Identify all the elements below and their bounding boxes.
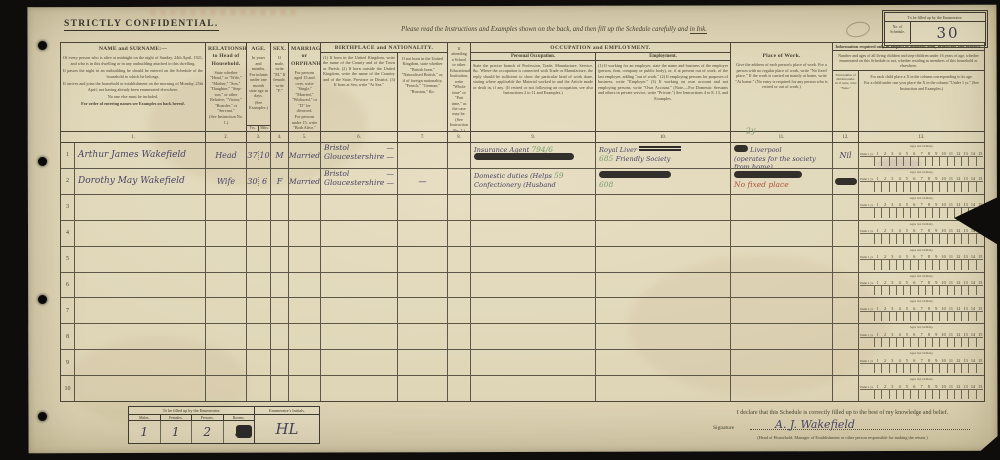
handwritten-entry: F [277,177,283,186]
row-number: 7 [61,298,75,323]
handwritten-line: No fixed place [734,179,830,188]
column-number: 8. [448,132,471,142]
table-row: 8Ages last birthday.Under 1 yr.123456789… [61,324,984,350]
ages-box [860,364,875,373]
cell-name [75,195,206,220]
declaration-text: I declare that this Schedule is correctl… [695,410,990,416]
header-employment-subtitle: Employment. [596,53,730,60]
handwritten-entry: Bristol [324,169,349,178]
cell-education [448,221,471,246]
header-employment-body: (1) If working for an employer, state th… [598,63,728,101]
cell-birthplace [321,221,398,246]
ages-box [882,260,889,269]
cell-occupation [471,195,596,220]
header-occupation-body: State the precise branch of Profession, … [473,63,593,96]
cell-education [448,143,471,168]
cell-place-of-work [731,273,833,298]
cell-age: 306 [247,169,271,194]
header-occupation-group: OCCUPATION and EMPLOYMENT. Personal Occu… [471,43,731,131]
table-row: 4Ages last birthday.Under 1 yr.123456789… [61,221,984,247]
header-children-ages-note: For each child place a X in the column c… [859,71,984,131]
ages-box [875,208,882,217]
cell-relationship: Wife [206,169,247,194]
ages-box [904,390,911,399]
handwritten-line: Insurance Agent 794/6 [474,144,593,153]
ages-box [890,182,897,191]
header-age-title: AGE. [249,46,268,53]
ages-box [897,338,904,347]
ages-box [911,234,918,243]
header-relationship-title: RELATIONSHIP to Head of Household. [208,46,244,68]
enumerator-box-header: To be filled up by the Enumerator. [129,407,254,415]
cell-nationality [398,350,448,375]
header-birthplace: (1) If born in the United Kingdom, write… [321,53,398,131]
ages-box [969,182,976,191]
cell-birthplace [321,350,398,375]
cell-education [448,324,471,349]
enumerator-value: 2 [192,421,224,443]
ages-box [933,208,940,217]
ages-box [977,157,983,166]
cell-children-total [833,324,859,349]
ages-box [926,338,933,347]
handwritten-line: Domestic duties (Helps 59 [474,170,593,179]
handwritten-line [474,153,593,162]
cell-relationship [206,376,247,401]
cell-place-of-work [731,195,833,220]
ages-box [969,364,976,373]
header-name-title: NAME and SURNAME:— [63,46,203,53]
header-name-p1: Of every person who is alive at midnight… [63,55,203,66]
ages-box [875,364,882,373]
cell-name: Dorothy May Wakefield [75,169,206,194]
ages-box [919,338,926,347]
cell-birthplace [321,324,398,349]
ages-box [940,234,947,243]
ages-box [897,364,904,373]
ages-grid-boxes [860,259,983,269]
handwritten-line: Royal Liver [599,144,728,153]
classification-heading: STRICTLY CONFIDENTIAL. [64,19,219,31]
header-marriage-body2: For persons under 15, write "Both Alive,… [291,114,318,131]
column-number: 13. [859,132,984,142]
ages-grid-boxes [860,181,983,191]
cell-birthplace [321,298,398,323]
ages-box [919,390,926,399]
header-age-body: In years and months. For infants under o… [249,55,268,99]
cell-relationship [206,324,247,349]
handwritten-entry: Confectionery (Husband [474,181,556,189]
ages-box [911,312,918,321]
table-row: 10Ages last birthday.Under 1 yr.12345678… [61,376,984,401]
ages-grid: Ages last birthday.Under 1 yr.1234567891… [859,324,984,349]
ages-box [962,157,969,166]
handwritten-entry: Nil [839,151,851,160]
ages-box [911,208,918,217]
ages-box [860,157,875,166]
cell-sex [271,324,289,349]
ages-box [904,208,911,217]
header-sex-title: SEX. [273,46,286,53]
handwritten-line [599,170,728,179]
cell-relationship: Head [206,143,247,168]
cell-employment [596,298,731,323]
ages-box [948,338,955,347]
cell-education [448,273,471,298]
cell-nationality [398,143,448,168]
cell-children-total: Nil [833,143,859,168]
ages-box [890,286,897,295]
header-employment: (1) If working for an employer, state th… [596,61,730,131]
punch-hole [38,295,47,304]
header-name-p3: If arrives and joins the household or es… [63,81,203,92]
ages-box [977,364,983,373]
cell-occupation: Domestic duties (Helps 59Confectionery (… [471,169,596,194]
punch-hole [38,157,47,166]
ages-box [926,182,933,191]
cell-education [448,195,471,220]
handwritten-entry: — [419,177,427,186]
ages-box [897,182,904,191]
header-age-months: Mths. [259,126,270,131]
ages-grid-boxes [860,311,983,321]
enumerator-column-header: Rooms. [224,415,255,420]
ages-box [897,234,904,243]
ages-box [897,390,904,399]
cell-ages-grid: Ages last birthday.Under 1 yr.1234567891… [859,273,984,298]
cell-age [247,221,271,246]
enumerator-value: 1 [129,421,161,443]
cell-occupation [471,298,596,323]
ages-box [875,338,882,347]
cell-employment: Royal Liver 685 Friendly Society [596,143,731,168]
cell-relationship [206,273,247,298]
cell-marriage: Married [289,143,321,168]
ages-box [940,208,947,217]
age-months: 6 [258,177,270,186]
handwritten-entry: Arthur James Wakefield [78,150,186,160]
ages-box [897,208,904,217]
ages-box [890,234,897,243]
cell-place-of-work [731,247,833,272]
header-place-of-work: Place of Work. Give the address of each … [731,43,833,131]
cell-birthplace [321,247,398,272]
ages-box [955,157,962,166]
enumerator-initials: HL [255,415,319,443]
ages-box [969,390,976,399]
ages-box [926,312,933,321]
enumerator-column-header: Females. [161,415,193,420]
ages-box [933,364,940,373]
age-years: 30 [247,177,258,186]
ages-box [926,208,933,217]
ages-box [962,312,969,321]
ages-box [882,208,889,217]
ages-box [897,260,904,269]
cell-ages-grid: Ages last birthday.Under 1 yr.1234567891… [859,324,984,349]
header-birthplace-body: (1) If born in the United Kingdom, write… [323,55,395,88]
ages-box [962,182,969,191]
ages-grid-numbers: Under 1 yr.123456789101112131415 [859,252,984,259]
cell-occupation [471,376,596,401]
ages-box [904,286,911,295]
ages-box [940,364,947,373]
ages-box [948,157,955,166]
cell-place-of-work [731,376,833,401]
redaction-mark [835,178,857,185]
ages-box [948,312,955,321]
ages-box [890,312,897,321]
ages-box [955,364,962,373]
ages-box [933,234,940,243]
ages-box [911,286,918,295]
cell-marriage [289,273,321,298]
cell-relationship [206,298,247,323]
ages-box [926,157,933,166]
punch-hole [38,41,47,50]
cell-education [448,350,471,375]
cell-marriage [289,221,321,246]
redaction-mark [734,145,748,152]
ages-grid-boxes [860,363,983,373]
ages-box [940,312,947,321]
handwritten-entry: 685 [599,154,616,163]
schedule-number-value: 30 [911,22,985,44]
cell-ages-grid: Ages last birthday.Under 1 yr.1234567891… [859,376,984,401]
table-row: 5Ages last birthday.Under 1 yr.123456789… [61,247,984,273]
column-number: 1. [61,132,206,142]
cell-sex [271,221,289,246]
ages-box [911,338,918,347]
column-number: 5. [289,132,321,142]
ages-box [882,364,889,373]
fill-instruction-emphasis: in Ink. [690,26,707,34]
row-number: 2 [61,169,75,194]
redaction-mark [236,425,252,438]
cell-employment [596,247,731,272]
ages-box [897,312,904,321]
row-number: 6 [61,273,75,298]
cell-name [75,350,206,375]
declaration: I declare that this Schedule is correctl… [695,410,990,440]
fill-instruction-text: Please read the Instructions and Example… [401,26,690,33]
header-sex-body: If male, write "M." If female, write "F.… [273,55,286,93]
header-birthplace-group-title: BIRTHPLACE and NATIONALITY. [321,43,447,53]
ages-box [940,157,947,166]
cell-nationality: — [398,169,448,194]
cell-occupation [471,273,596,298]
handwritten-line: Confectionery (Husband [474,179,593,188]
ages-box [969,286,976,295]
table-row: 1Arthur James WakefieldHead3710MMarriedB… [61,143,984,169]
ages-box [882,338,889,347]
cell-age [247,350,271,375]
header-relationship-body: State whether "Head," or "Wife," "Mother… [208,70,244,114]
cell-birthplace [321,376,398,401]
ages-grid-numbers: Under 1 yr.123456789101112131415 [859,304,984,311]
ages-grid-numbers: Under 1 yr.123456789101112131415 [859,149,984,156]
enumerator-value: 5 [224,421,255,443]
handwritten-line: 685 Friendly Society [599,153,728,162]
header-children-title: Information required only in respect of … [833,43,984,51]
header-name-bold: For order of entering names see Examples… [63,101,203,106]
dash-mark: — [387,152,395,161]
cell-employment [596,273,731,298]
ages-box [919,286,926,295]
cell-place-of-work [731,298,833,323]
handwritten-entry: No fixed place [734,180,789,189]
ages-box [919,182,926,191]
cell-children-total [833,195,859,220]
ages-box [875,234,882,243]
cell-ages-grid: Ages last birthday.Under 1 yr.1234567891… [859,169,984,194]
ages-box [940,390,947,399]
ages-box [875,182,882,191]
cell-children-total [833,169,859,194]
ages-box [933,338,940,347]
cell-marriage [289,298,321,323]
ages-box [926,364,933,373]
header-age-subcolumns: Yrs. Mths. [247,125,270,131]
punch-hole [38,412,47,421]
schedule-number-label: No. of Schedule. [885,22,911,44]
cell-ages-grid: Ages last birthday.Under 1 yr.1234567891… [859,247,984,272]
cell-place-of-work [731,350,833,375]
ages-grid: Ages last birthday.Under 1 yr.1234567891… [859,376,984,401]
header-place-of-work-title: Place of Work. [733,53,830,60]
ages-box [882,182,889,191]
header-education: If attending a School or other Education… [448,43,471,131]
column-number: 9. [471,132,596,142]
row-number: 8 [61,324,75,349]
ages-box [860,234,875,243]
ages-box [948,260,955,269]
handwritten-entry: Bristol [324,143,349,152]
ages-box [875,312,882,321]
handwritten-entry: Wife [217,177,235,186]
ages-grid: Ages last birthday.Under 1 yr.1234567891… [859,350,984,375]
ages-box [860,312,875,321]
ages-box [860,182,875,191]
ages-box [940,338,947,347]
ages-box [919,312,926,321]
handwritten-entry: Married [289,151,320,160]
header-children-total-label: Total number of children under 16. If no… [833,71,859,131]
cell-employment: 608 [596,169,731,194]
cell-children-total [833,247,859,272]
ages-box [890,208,897,217]
ages-box [940,182,947,191]
header-age-note: (See Examples.) [249,100,268,111]
ages-box [977,286,983,295]
ages-box [955,260,962,269]
ages-box [955,286,962,295]
header-occupation-group-title: OCCUPATION and EMPLOYMENT. [471,43,730,53]
cell-marriage [289,195,321,220]
header-name-p2: If passes the night in an outbuilding he… [63,68,203,79]
ages-grid: Ages last birthday.Under 1 yr.1234567891… [859,247,984,272]
ages-box [933,312,940,321]
header-relationship: RELATIONSHIP to Head of Household. State… [206,43,247,131]
handwritten-entry: Friendly Society [616,155,671,163]
census-schedule-scan: { "page": { "classification": "STRICTLY … [0,0,1000,460]
ages-box [882,234,889,243]
cell-birthplace [321,273,398,298]
dash-mark: — [387,169,395,178]
ages-box [948,286,955,295]
signature-handwriting: A. J. Wakefield [775,418,855,431]
ages-box [890,338,897,347]
ages-box [911,182,918,191]
cell-place-of-work [731,221,833,246]
ages-box [882,390,889,399]
table-row: 7Ages last birthday.Under 1 yr.123456789… [61,298,984,324]
cell-occupation: Insurance Agent 794/6 [471,143,596,168]
ages-box [962,338,969,347]
ages-box [933,390,940,399]
cell-birthplace: Bristol—Gloucestershire— [321,169,398,194]
table-header: NAME and SURNAME:— Of every person who i… [61,43,984,132]
ages-box [860,260,875,269]
signature-row: Signature A. J. Wakefield [695,418,990,434]
ages-box [933,286,940,295]
cell-sex [271,298,289,323]
column-number: 10. [596,132,731,142]
ages-box [904,260,911,269]
ages-box [860,390,875,399]
ages-box [911,260,918,269]
cell-children-total [833,273,859,298]
ages-box [962,260,969,269]
cell-nationality [398,195,448,220]
cell-children-total [833,376,859,401]
column-number: 6. [321,132,398,142]
cell-relationship [206,195,247,220]
cell-relationship [206,350,247,375]
ages-box [890,390,897,399]
ages-grid: Ages last birthday.Under 1 yr.1234567891… [859,273,984,298]
header-nationality-body: If not born in the United Kingdom, state… [400,56,445,94]
header-children-group: Information required only in respect of … [833,43,984,131]
ages-box [882,312,889,321]
ages-box [969,260,976,269]
handwritten-line: (operates for the society [734,153,830,162]
declaration-note: (Head of Household, Manager of Establish… [695,435,990,440]
birthplace-line: Bristol— [321,143,397,152]
enumerator-box: To be filled up by the Enumerator. Males… [128,406,320,444]
handwritten-entry: Dorothy May Wakefield [78,176,185,186]
cell-education [448,247,471,272]
ages-box [933,182,940,191]
cell-ages-grid: Ages last birthday.Under 1 yr.1234567891… [859,298,984,323]
cell-name [75,376,206,401]
cell-name [75,298,206,323]
handwritten-line: Liverpool [734,144,830,153]
ages-box [875,260,882,269]
cell-sex [271,273,289,298]
enumerator-column-header: Persons. [192,415,224,420]
ages-box [962,364,969,373]
ages-box [875,390,882,399]
ages-box [955,338,962,347]
cell-marriage: Married [289,169,321,194]
table-row: 3Ages last birthday.Under 1 yr.123456789… [61,195,984,221]
table-row: 2Dorothy May WakefieldWife306FMarriedBri… [61,169,984,195]
ages-box [955,182,962,191]
cell-age [247,247,271,272]
ages-box [926,234,933,243]
ages-box [911,364,918,373]
